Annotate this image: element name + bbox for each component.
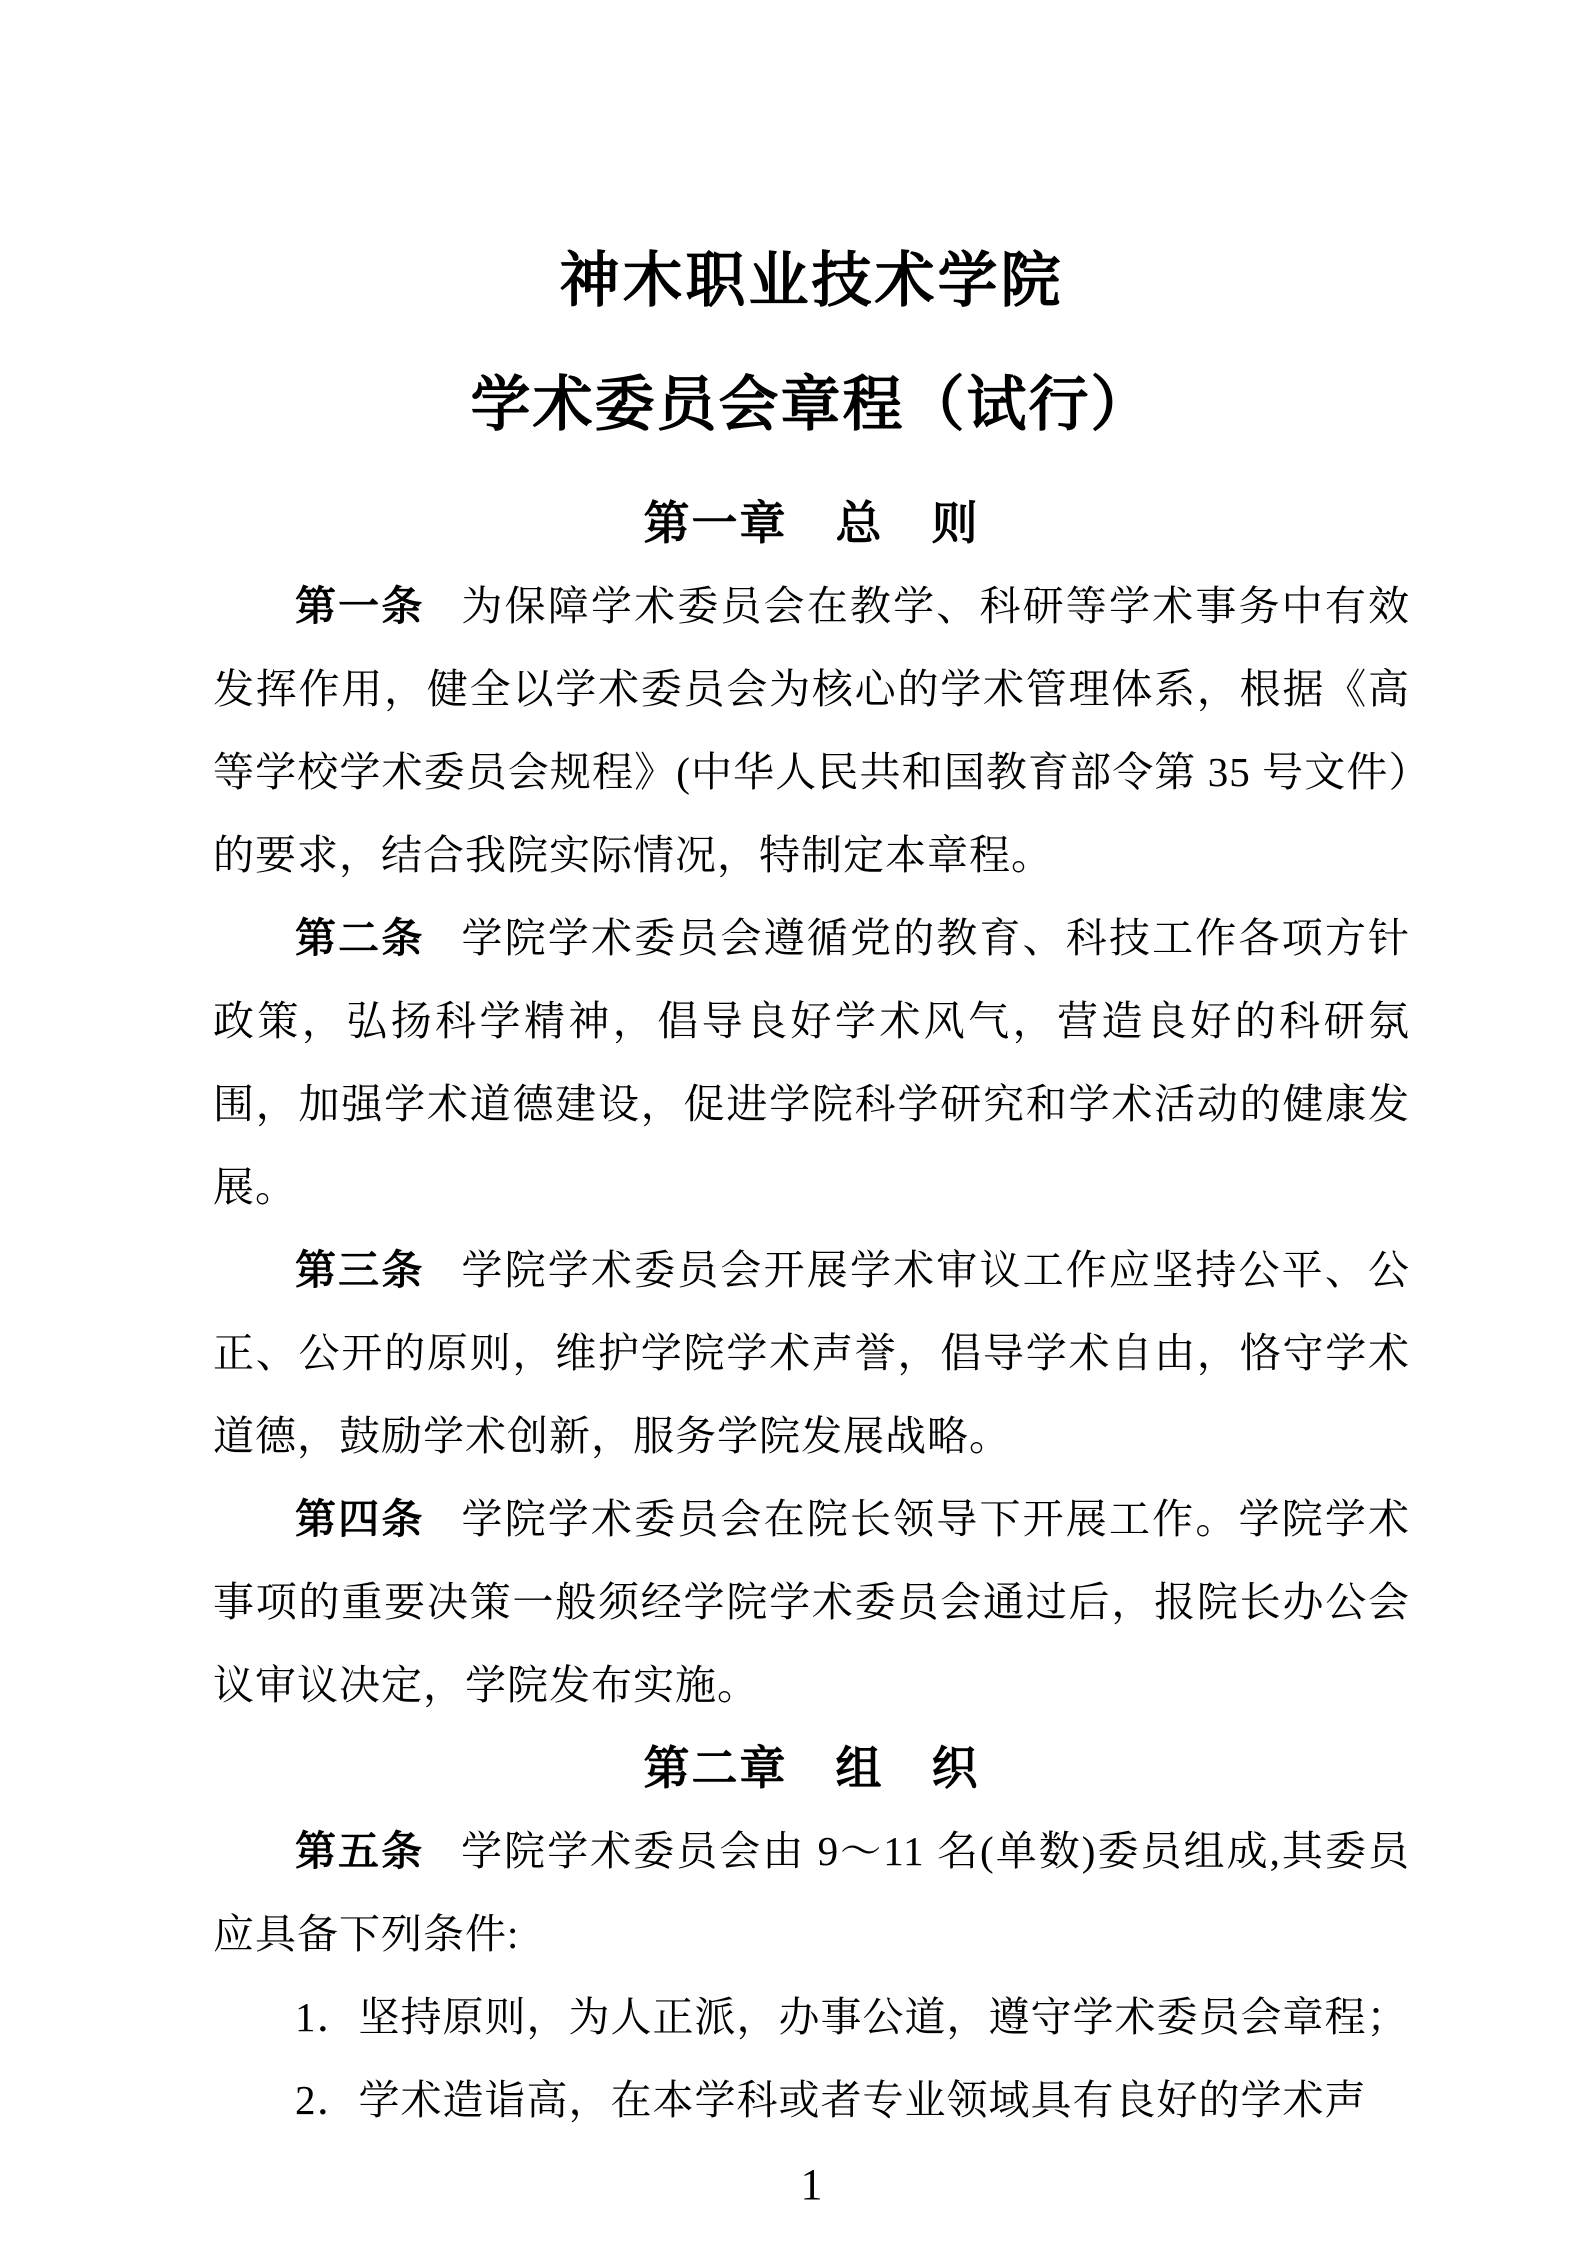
article-number-label: 第一条 [295,583,425,629]
article-number-label: 第二条 [295,915,425,961]
article-paragraph: 第四条学院学术委员会在院长领导下开展工作。学院学术事项的重要决策一般须经学院学术… [213,1478,1410,1727]
article-number-label: 第四条 [295,1496,425,1542]
list-item: 1．坚持原则，为人正派，办事公道，遵守学术委员会章程； [213,1976,1410,2059]
article-paragraph: 第五条学院学术委员会由 9～11 名(单数)委员组成,其委员应具备下列条件: [213,1810,1410,1976]
document-page: 神木职业技术学院 学术委员会章程（试行） 第一章 总 则第一条为保障学术委员会在… [0,0,1586,2245]
article-number-label: 第五条 [295,1828,424,1874]
page-content: 神木职业技术学院 学术委员会章程（试行） 第一章 总 则第一条为保障学术委员会在… [213,0,1410,2220]
chapter-heading: 第一章 总 则 [213,482,1410,565]
chapter-heading: 第二章 组 织 [213,1727,1410,1810]
page-number: 1 [213,2150,1410,2220]
document-body: 第一章 总 则第一条为保障学术委员会在教学、科研等学术事务中有效发挥作用，健全以… [213,482,1410,2142]
article-paragraph: 第二条学院学术委员会遵循党的教育、科技工作各项方针政策，弘扬科学精神，倡导良好学… [213,897,1410,1229]
article-number-label: 第三条 [295,1247,425,1293]
article-paragraph: 第三条学院学术委员会开展学术审议工作应坚持公平、公正、公开的原则，维护学院学术声… [213,1229,1410,1478]
document-title: 神木职业技术学院 [213,244,1410,318]
list-item: 2．学术造诣高，在本学科或者专业领域具有良好的学术声 [213,2059,1410,2142]
article-paragraph: 第一条为保障学术委员会在教学、科研等学术事务中有效发挥作用，健全以学术委员会为核… [213,565,1410,897]
document-subtitle: 学术委员会章程（试行） [213,366,1410,444]
